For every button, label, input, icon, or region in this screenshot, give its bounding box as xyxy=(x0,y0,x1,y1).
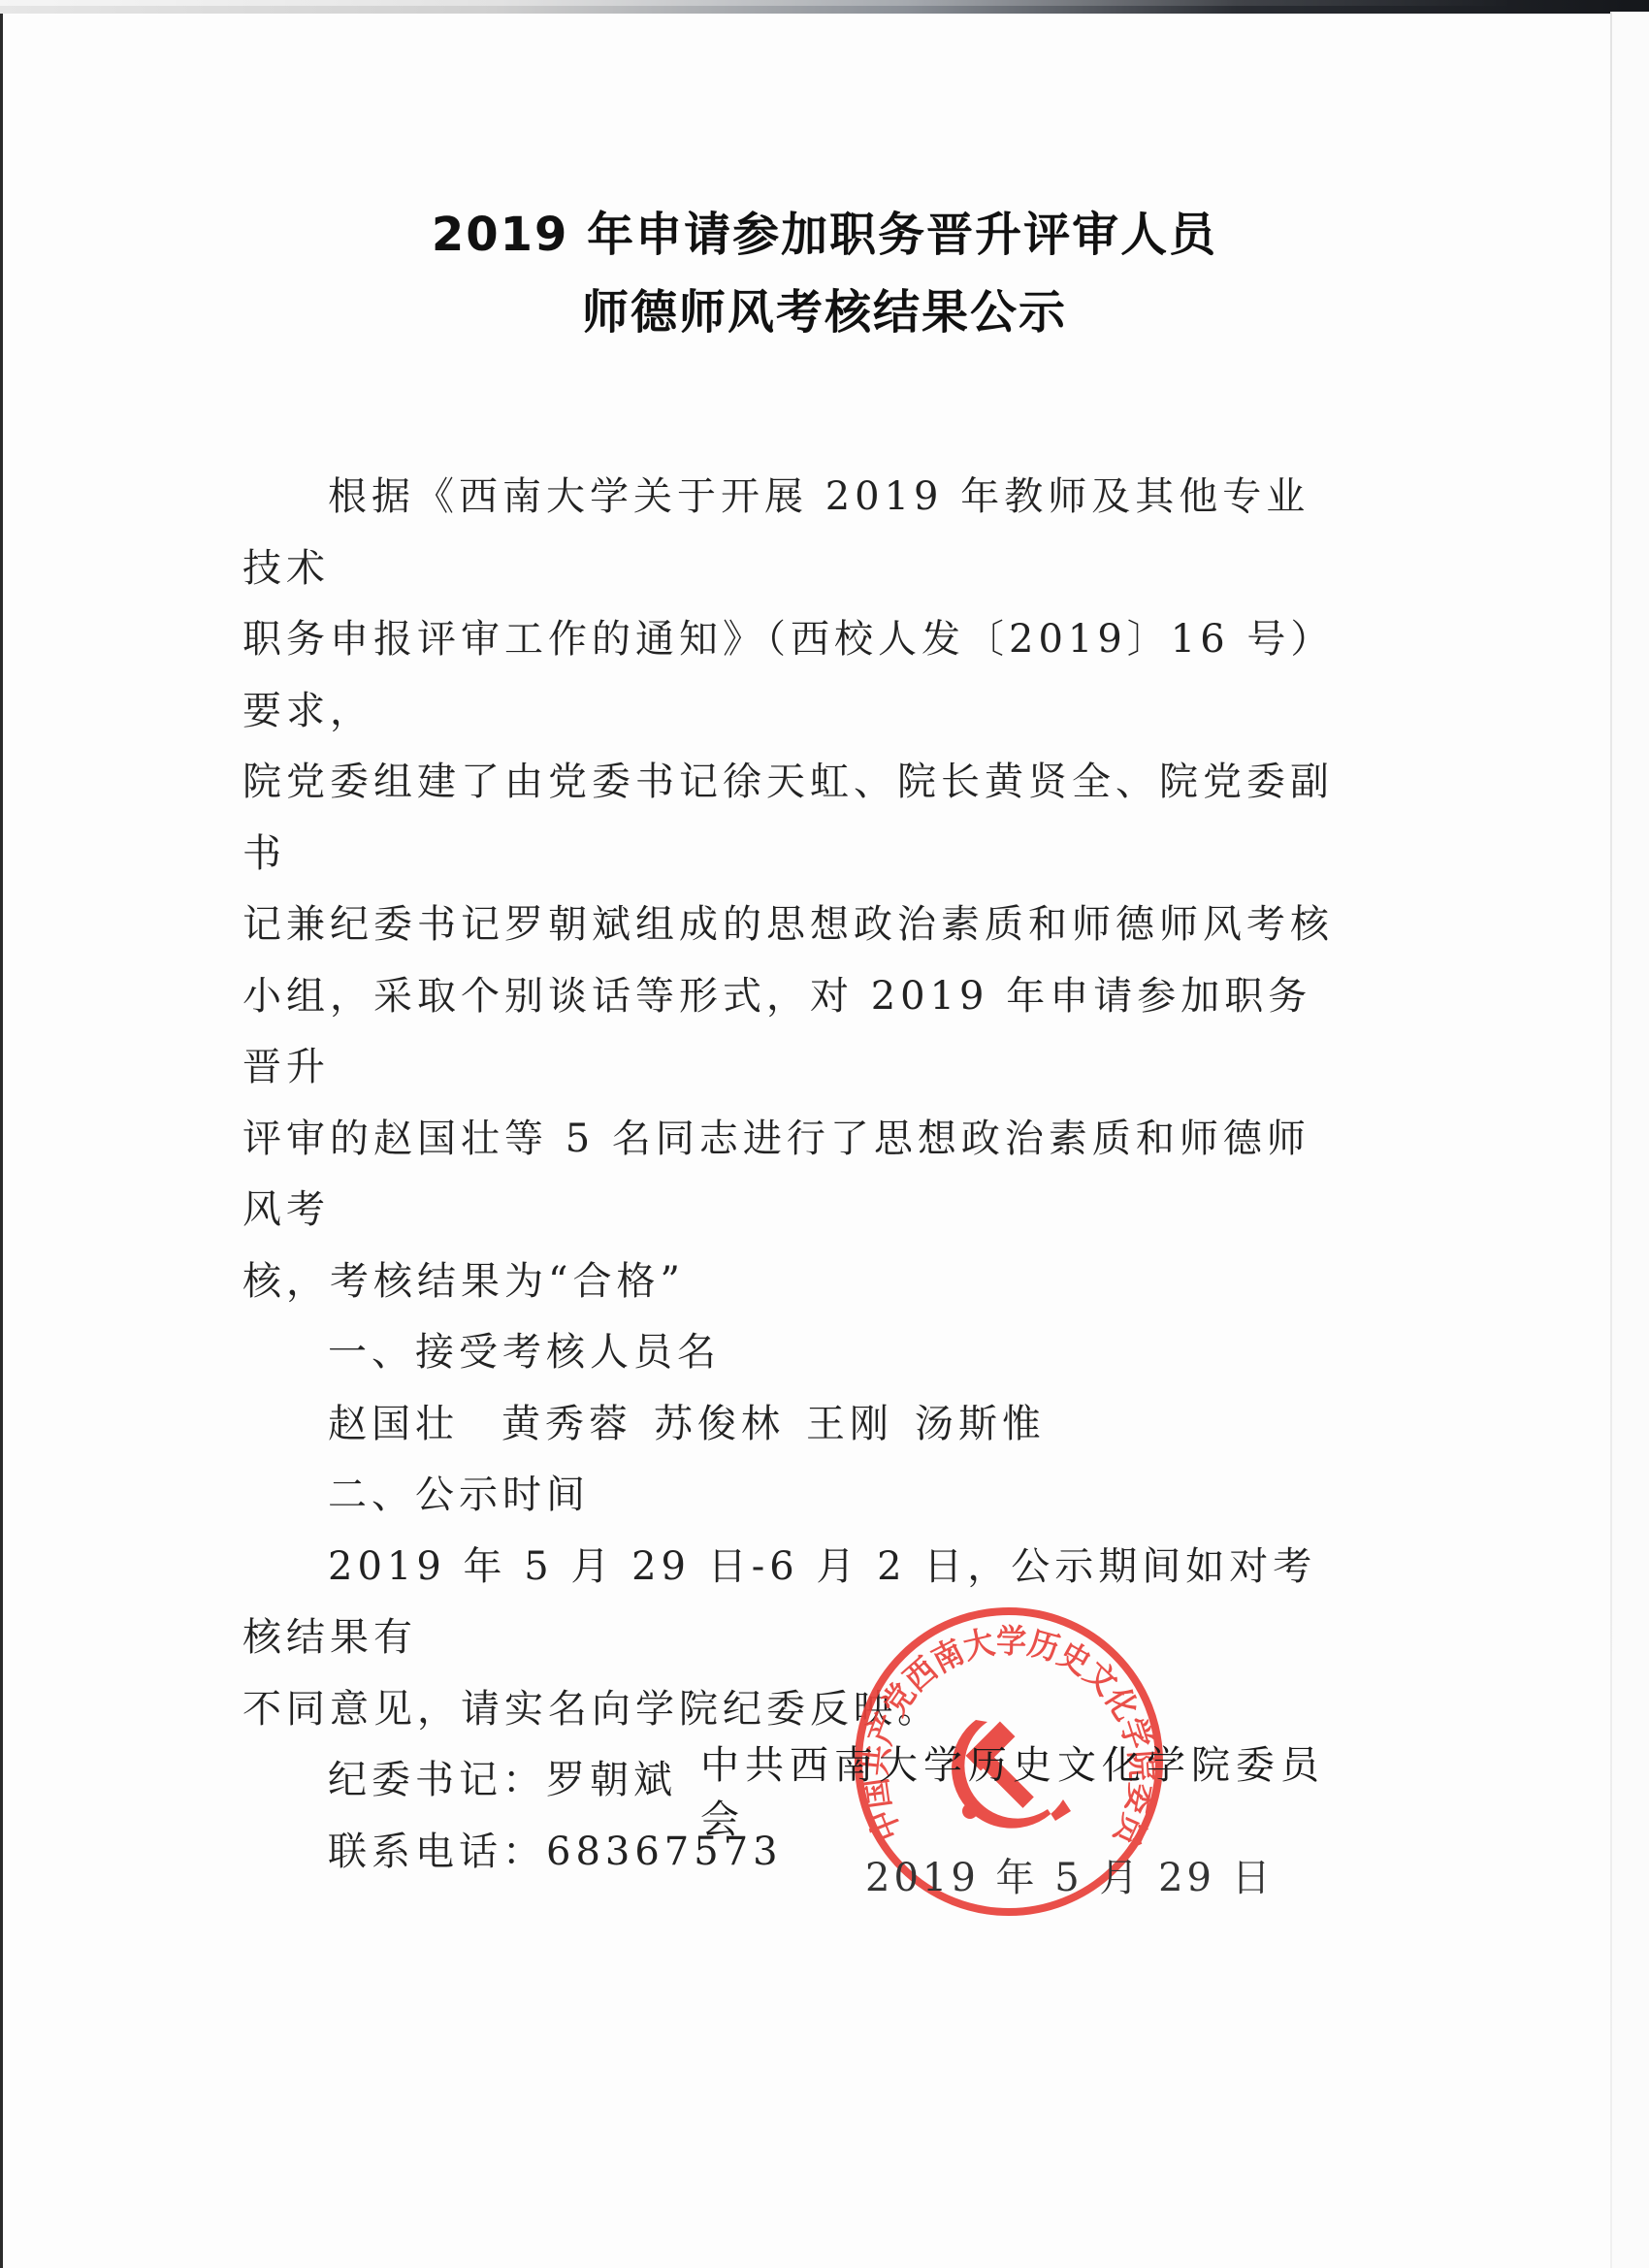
scan-top-fade xyxy=(0,0,1513,6)
signing-date: 2019 年 5 月 29 日 xyxy=(865,1851,1505,1905)
section-1-heading: 一、接受考核人员名 xyxy=(242,1317,1339,1389)
secretary-label: 纪委书记： xyxy=(328,1758,546,1802)
phone-label: 联系电话： xyxy=(328,1830,546,1874)
body-line: 职务申报评审工作的通知》（西校人发〔2019〕16 号）要求， xyxy=(242,604,1339,747)
body-line: 评审的赵国壮等 5 名同志进行了思想政治素质和师德师风考 xyxy=(242,1104,1339,1247)
body-line: 记兼纪委书记罗朝斌组成的思想政治素质和师德师风考核 xyxy=(242,890,1339,961)
document-body: 根据《西南大学关于开展 2019 年教师及其他专业技术 职务申报评审工作的通知》… xyxy=(242,462,1339,1888)
publicity-period-line: 2019 年 5 月 29 日-6 月 2 日，公示期间如对考核结果有 xyxy=(242,1532,1339,1674)
signing-organization: 中共西南大学历史文化学院委员会 xyxy=(700,1738,1341,1847)
secretary-name: 罗朝斌 xyxy=(546,1758,677,1802)
examinee-name: 黄秀蓉 xyxy=(501,1402,632,1446)
examinee-name: 汤斯惟 xyxy=(915,1402,1046,1446)
examinee-names: 赵国壮黄秀蓉苏俊林王刚汤斯惟 xyxy=(242,1389,1339,1461)
body-line: 院党委组建了由党委书记徐天虹、院长黄贤全、院党委副书 xyxy=(242,747,1339,890)
document-title-line-1: 2019 年申请参加职务晋升评审人员 xyxy=(0,196,1649,274)
examinee-name: 苏俊林 xyxy=(654,1402,785,1446)
document-title-line-2: 师德师风考核结果公示 xyxy=(0,274,1649,351)
body-line: 根据《西南大学关于开展 2019 年教师及其他专业技术 xyxy=(242,462,1339,604)
section-2-heading: 二、公示时间 xyxy=(242,1460,1339,1532)
body-line: 核，考核结果为“合格” xyxy=(242,1247,1339,1318)
examinee-name: 赵国壮 xyxy=(328,1402,459,1446)
publicity-period-line: 不同意见，请实名向学院纪委反映。 xyxy=(242,1674,1339,1746)
body-line: 小组，采取个别谈话等形式，对 2019 年申请参加职务晋升 xyxy=(242,961,1339,1104)
examinee-name: 王刚 xyxy=(806,1402,893,1446)
